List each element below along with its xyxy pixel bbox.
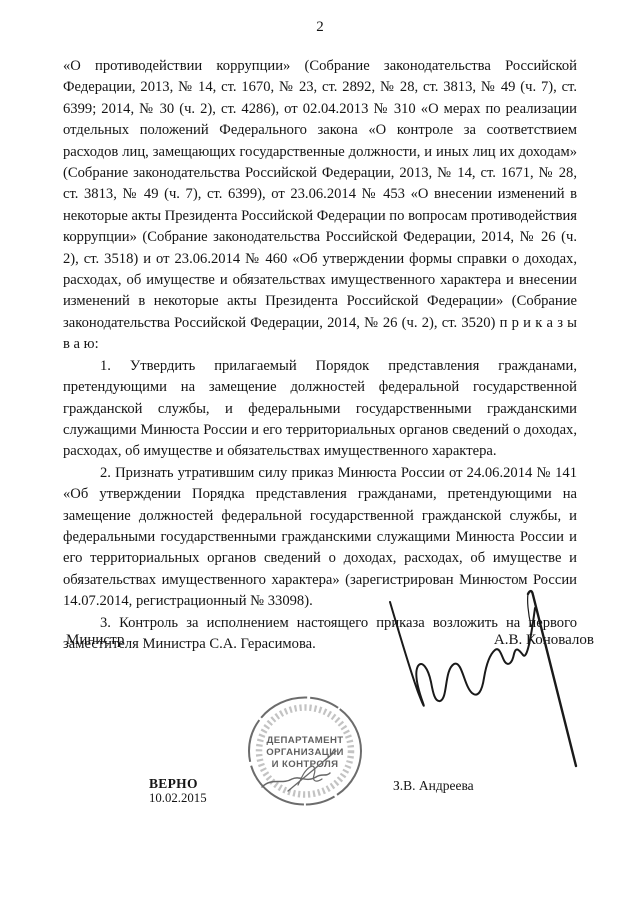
stamp-outer-ring (249, 698, 361, 805)
verno-label: ВЕРНО (149, 776, 207, 791)
minister-name: А.В. Коновалов (494, 632, 594, 649)
page-number: 2 (0, 19, 640, 36)
stamp-line-1: ДЕПАРТАМЕНТ (266, 735, 343, 746)
minister-title-label: Министр (66, 632, 124, 649)
clerk-name: З.В. Андреева (393, 778, 474, 794)
round-stamp: ДЕПАРТАМЕНТ ОРГАНИЗАЦИИ И КОНТРОЛЯ (244, 691, 366, 813)
certification-date: 10.02.2015 (149, 791, 207, 806)
stamp-ring-text-illegible (259, 708, 351, 795)
paragraph-item-2: 2. Признать утратившим силу приказ Минюс… (63, 463, 577, 613)
paragraph-preamble-continuation: «О противодействии коррупции» (Собрание … (63, 56, 577, 356)
paragraph-item-1: 1. Утвердить прилагаемый Порядок предста… (63, 356, 577, 463)
document-page: 2 «О противодействии коррупции» (Собрани… (0, 0, 640, 905)
certification-block: ВЕРНО 10.02.2015 (149, 776, 207, 806)
stamp-line-2: ОРГАНИЗАЦИИ (266, 747, 344, 758)
document-body: «О противодействии коррупции» (Собрание … (63, 56, 577, 655)
stamp-line-3: И КОНТРОЛЯ (272, 759, 339, 770)
stamp-signature-squiggle (262, 751, 336, 791)
